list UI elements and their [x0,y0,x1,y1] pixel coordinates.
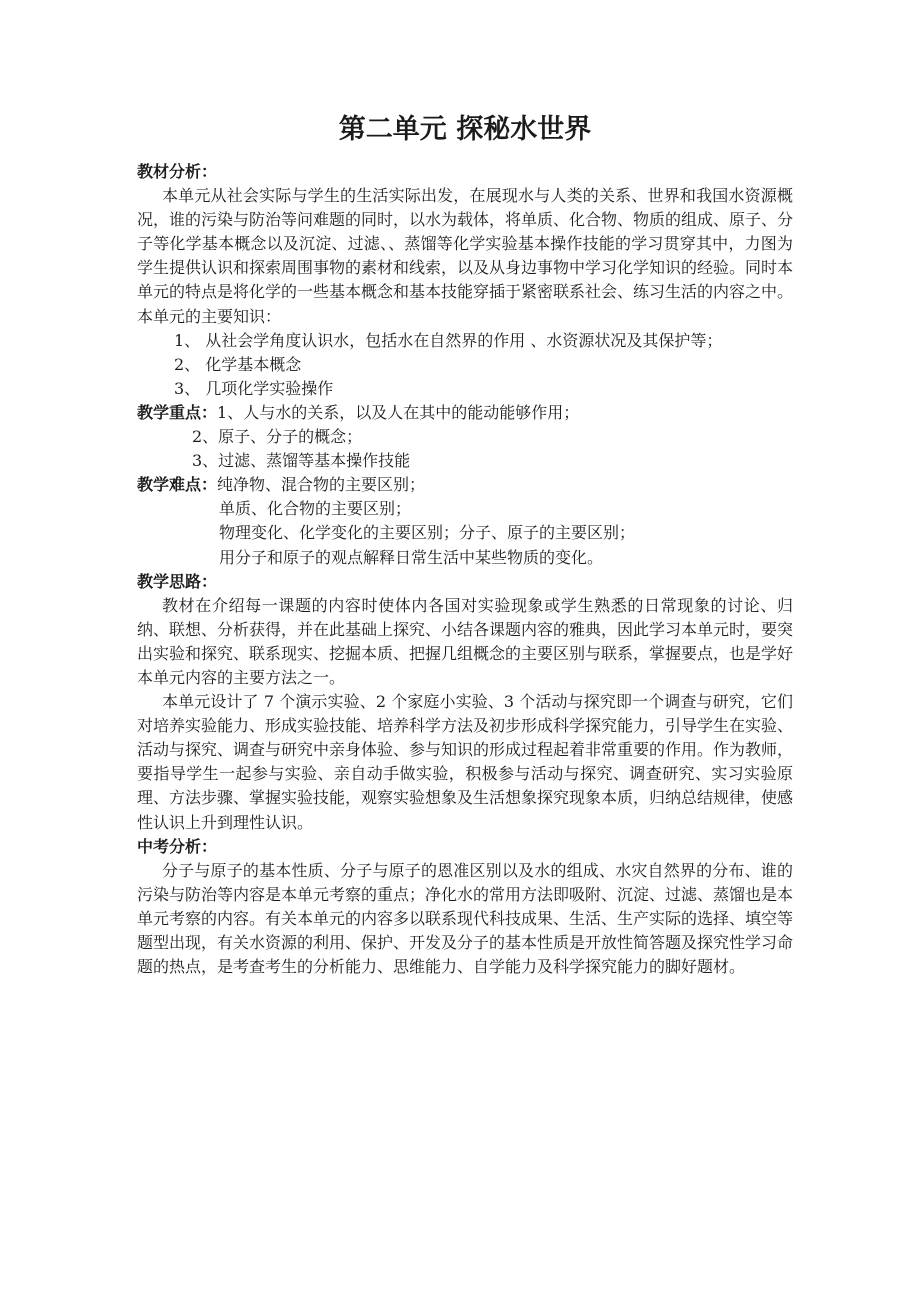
exam-analysis-paragraph: 分子与原子的基本性质、分子与原子的恩准区别以及水的组成、水灾自然界的分布、谁的污… [137,859,793,979]
knowledge-heading: 本单元的主要知识： [137,305,793,329]
teaching-focus-first-item: 1、人与水的关系，以及人在其中的能动能够作用； [217,403,579,422]
knowledge-item-2: 2、 化学基本概念 [137,353,793,377]
teaching-difficulties-item-2: 单质、化合物的主要区别； [137,497,793,521]
teaching-difficulties-item-3: 物理变化、化学变化的主要区别；分子、原子的主要区别； [137,521,793,545]
knowledge-item-3: 3、 几项化学实验操作 [137,377,793,401]
teaching-difficulties-first-item: 纯净物、混合物的主要区别； [217,475,425,494]
teaching-focus-line-1: 教学重点：1、人与水的关系，以及人在其中的能动能够作用； [137,401,793,425]
section-heading-exam-analysis: 中考分析： [137,835,793,859]
teaching-focus-item-3: 3、过滤、蒸馏等基本操作技能 [137,449,793,473]
teaching-difficulties-item-4: 用分子和原子的观点解释日常生活中某些物质的变化。 [137,546,793,570]
teaching-difficulties-line-1: 教学难点：纯净物、混合物的主要区别； [137,473,793,497]
textbook-analysis-paragraph: 本单元从社会实际与学生的生活实际出发，在展现水与人类的关系、世界和我国水资源概况… [137,184,793,304]
teaching-focus-label: 教学重点： [137,403,217,422]
document-title: 第二单元 探秘水世界 [137,112,793,148]
teaching-difficulties-label: 教学难点： [137,475,217,494]
teaching-approach-paragraph-2: 本单元设计了 7 个演示实验、2 个家庭小实验、3 个活动与探究即一个调查与研究… [137,690,793,835]
section-heading-textbook-analysis: 教材分析： [137,160,793,184]
section-heading-teaching-approach: 教学思路： [137,570,793,594]
teaching-approach-paragraph-1: 教材在介绍每一课题的内容时使体内各国对实验现象或学生熟悉的日常现象的讨论、归纳、… [137,594,793,690]
teaching-focus-item-2: 2、原子、分子的概念； [137,425,793,449]
knowledge-item-1: 1、 从社会学角度认识水，包括水在自然界的作用 、水资源状况及其保护等； [137,329,793,353]
document-page: 第二单元 探秘水世界 教材分析： 本单元从社会实际与学生的生活实际出发，在展现水… [137,112,793,979]
